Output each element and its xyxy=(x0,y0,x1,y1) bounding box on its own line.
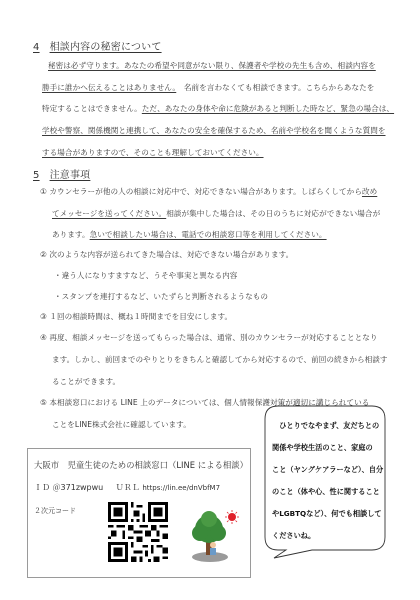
document-page: 4相談内容の秘密について 秘密は必ず守ります。あなたの希望や同意がない限り、保護… xyxy=(0,0,420,600)
section-4-line-5: する場合がありますので、そのことも理解しておいてください。 xyxy=(42,148,264,158)
section-4-line-4: 学校や警察、関係機関と連携して、あなたの安全を確保するため、名前や学校名を聞くよ… xyxy=(42,126,386,136)
note-item-4-line-1: ④ 再度、相談メッセージを送ってもらった場合は、通常、別のカウンセラーが対応する… xyxy=(40,333,378,343)
item-marker: ④ xyxy=(40,333,47,342)
contact-info-box: 大阪市 児童生徒のための相談窓口（LINE による相談） ＩＤ ＠371zwpw… xyxy=(27,448,251,578)
note-item-1-line-2: てメッセージを送ってください。相談が集中した場合は、その日のうちに対応ができない… xyxy=(52,209,380,219)
speech-bubble-text: ひとりでなやまず、友だちとの 関係や学校生活のこと、家庭の こと（ヤングケアラー… xyxy=(272,415,382,547)
section-5-heading: 5注意事項 xyxy=(33,166,90,181)
section-4-heading: 4相談内容の秘密について xyxy=(33,38,162,53)
item-marker: ⑤ xyxy=(40,398,47,407)
section-number: 4 xyxy=(33,42,40,53)
note-item-1-line-3: あります。急いで相談したい場合は、電話での相談窓口等を利用してください。 xyxy=(52,230,327,240)
section-4-line-3: 特定することはできません。ただ、あなたの身体や命に危険があると判断した時など、緊… xyxy=(42,104,394,114)
item-marker: ② xyxy=(40,250,47,259)
id-value[interactable]: ＠371zwpwu xyxy=(53,483,104,492)
note-item-2-bullet-1: ・違う人になりすますなど、うそや事実と異なる内容 xyxy=(54,271,237,281)
section-number: 5 xyxy=(33,170,40,181)
contact-title: 大阪市 児童生徒のための相談窓口（LINE による相談） xyxy=(34,459,248,471)
qr-code-icon[interactable] xyxy=(108,502,168,562)
url-label: ＵＲＬ xyxy=(116,483,140,492)
contact-id-url: ＩＤ ＠371zwpwu ＵＲＬ https://lin.ee/dnVbfM7 xyxy=(34,482,220,493)
qr-label: ２次元コード xyxy=(34,506,76,516)
url-link[interactable]: https://lin.ee/dnVbfM7 xyxy=(142,484,220,492)
note-item-4-line-2: ます。しかし、前回までのやりとりをきちんと確認してから対応するので、前回の続きか… xyxy=(52,355,388,365)
section-4-line-2: 勝手に誰かへ伝えることはありません。 名前を言わなくても相談できます。こちらから… xyxy=(42,83,374,93)
section-4-line-1: 秘密は必ず守ります。あなたの希望や同意がない限り、保護者や学校の先生も含め、相談… xyxy=(48,61,376,71)
item-marker: ① xyxy=(40,187,47,196)
section-title: 注意事項 xyxy=(50,170,91,181)
item-marker: ③ xyxy=(40,312,47,321)
note-item-4-line-3: ることができます。 xyxy=(52,377,120,387)
note-item-5-line-2: ことをLINE株式会社に確認しています。 xyxy=(52,420,191,430)
id-label: ＩＤ xyxy=(34,483,50,492)
tree-illustration-icon xyxy=(186,509,242,565)
section-title: 相談内容の秘密について xyxy=(50,42,162,53)
note-item-2-line-1: ② 次のような内容が送られてきた場合は、対応できない場合があります。 xyxy=(40,250,293,260)
note-item-3-line-1: ③ １回の相談時間は、概ね１時間までを目安にします。 xyxy=(40,312,232,322)
note-item-1-line-1: ① カウンセラーが他の人の相談に対応中で、対応できない場合があります。しばらくし… xyxy=(40,187,377,197)
note-item-2-bullet-2: ・スタンプを連打するなど、いたずらと判断されるようなもの xyxy=(54,292,268,302)
